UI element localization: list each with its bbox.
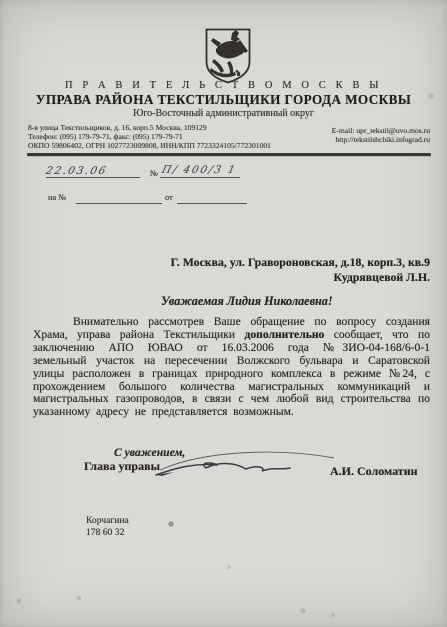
email-line: E-mail: upr_tekstil@uvo.mos.ru [280,126,430,135]
signer-title: Глава управы [84,459,160,474]
reply-date-underline [177,192,247,204]
reply-to-label: на № [48,193,66,202]
executor-block: Корчагина 178 60 32 [86,515,129,538]
body-text-bold: дополнительно [245,328,325,341]
handwritten-signature-icon [150,442,340,482]
reply-from-label: от [165,193,173,202]
executor-phone: 178 60 32 [86,527,129,539]
contact-block: 8-я улица Текстильщиков, д. 16, корп.5 М… [28,123,298,151]
web-contact-block: E-mail: upr_tekstil@uvo.mos.ru http://te… [280,126,430,144]
moscow-coat-of-arms-icon [204,28,252,84]
government-title: П Р А В И Т Е Л Ь С Т В О М О С К В Ы [0,80,447,91]
address-line: 8-я улица Текстильщиков, д. 16, корп.5 М… [28,123,298,132]
salutation: Уважаемая Лидия Николаевна! [161,294,333,309]
registry-line: ОКПО 59806402, ОГРН 1027723009808, ИНН/К… [28,141,298,150]
phone-line: Телефон: (095) 179-79-71, факс: (095) 17… [28,132,298,141]
scanned-letter-page: П Р А В И Т Е Л Ь С Т В О М О С К В Ы УП… [0,0,447,627]
recipient-address: Г. Москва, ул. Гравороновская, д.18, кор… [171,255,430,270]
organization-title: УПРАВА РАЙОНА ТЕКСТИЛЬЩИКИ ГОРОДА МОСКВЫ [0,92,447,108]
number-underline [160,166,240,178]
district-subtitle: Юго-Восточный административный округ [0,108,447,119]
recipient-name: Кудрявцевой Л.Н. [171,270,430,285]
website-line: http://tekstilshchiki.infograd.ru [280,135,430,144]
recipient-block: Г. Москва, ул. Гравороновская, д.18, кор… [171,255,430,285]
header-divider [27,153,431,156]
number-label: № [150,169,158,178]
body-text-part2: сообщает, что по заключению АПО ЮВАО от … [33,328,430,418]
signer-name: А.И. Соломатин [330,464,418,479]
letter-body: Внимательно рассмотрев Ваше обращение по… [33,316,430,419]
reply-number-underline [76,192,162,204]
paper-noise [0,0,2,2]
date-underline [46,166,140,178]
executor-name: Корчагина [86,515,129,527]
